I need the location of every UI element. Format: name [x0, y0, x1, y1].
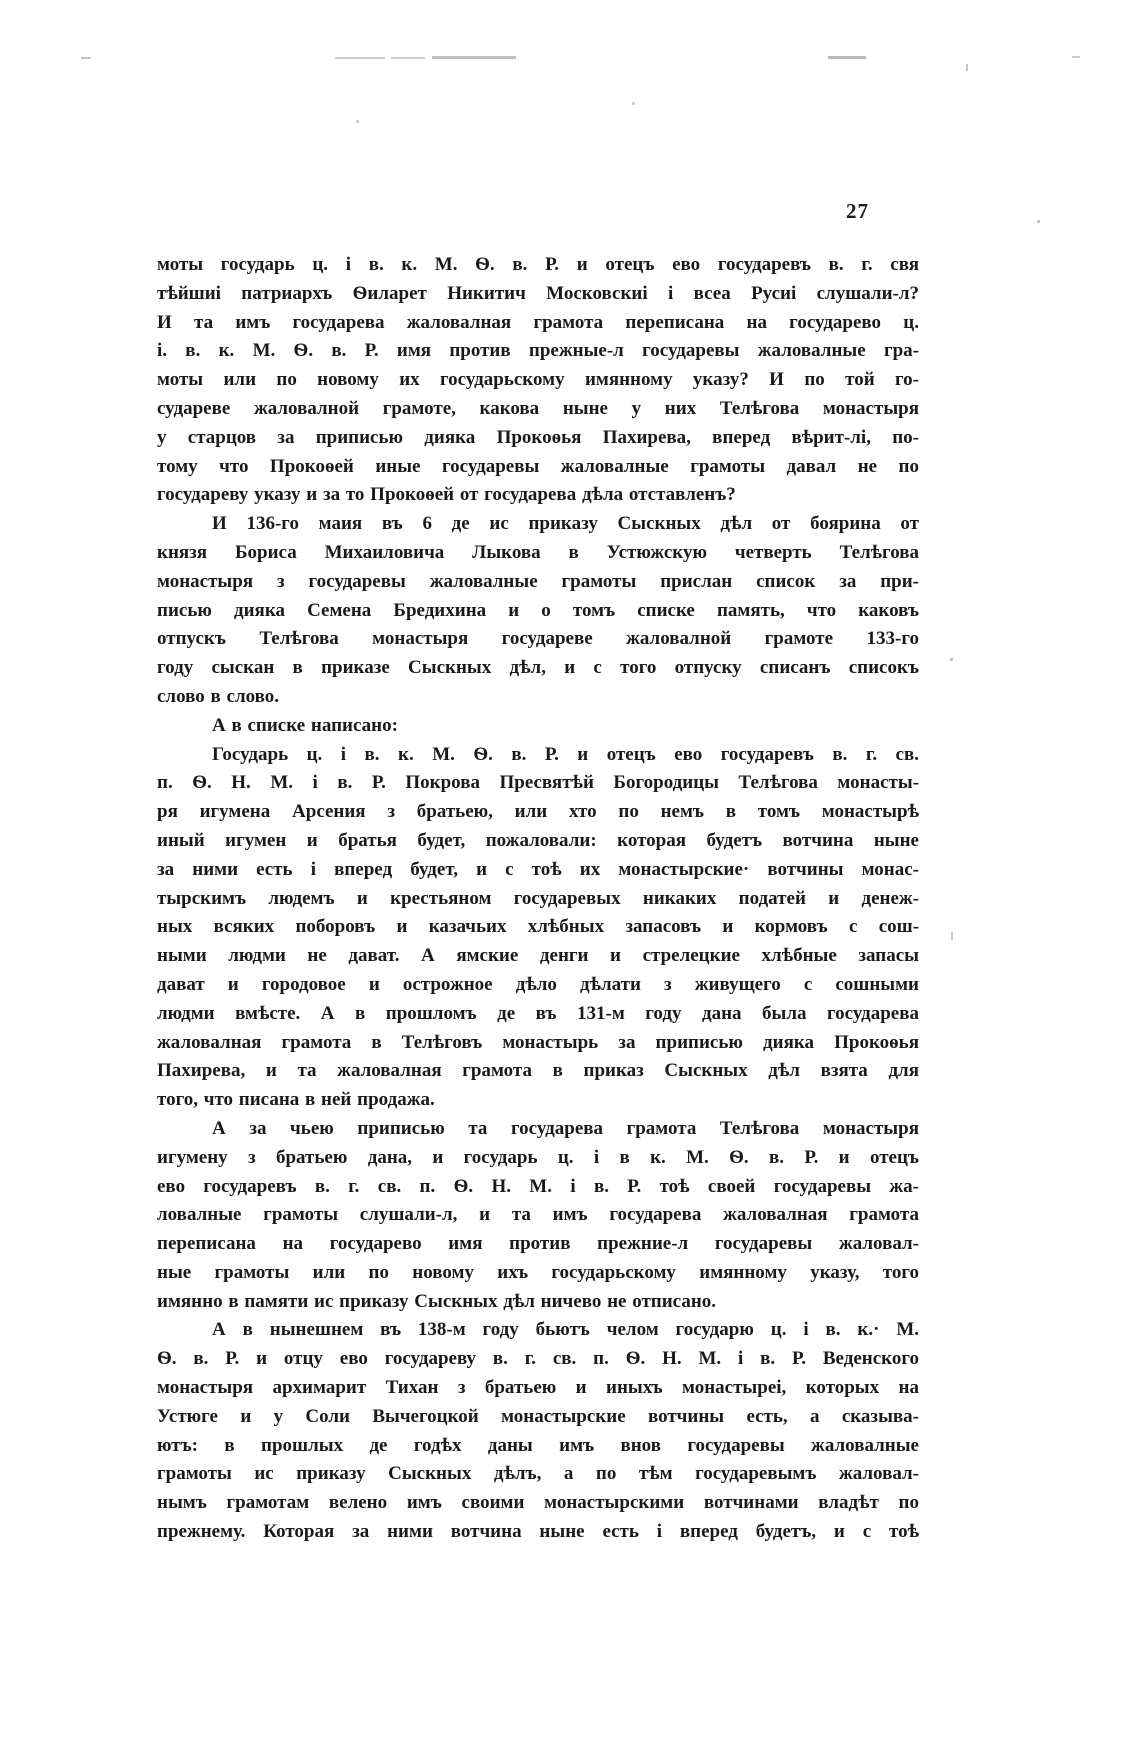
text-line: отпускъ Телѣгова монастыря государеве жа… — [157, 625, 919, 654]
scan-artifact — [632, 102, 635, 105]
text-line: Ѳ. в. Р. и отцу ево государеву в. г. св.… — [157, 1345, 919, 1374]
text-line: тѣйшиі патриархъ Ѳиларет Никитич Московс… — [157, 280, 919, 309]
text-line: п. Ѳ. Н. М. і в. Р. Покрова Пресвятѣй Бо… — [157, 769, 919, 798]
text-line: переписана на государево имя против преж… — [157, 1230, 919, 1259]
scan-artifact — [951, 932, 953, 940]
text-line: А за чьею приписью та государева грамота… — [157, 1115, 919, 1144]
scan-artifact — [1072, 56, 1080, 58]
text-line: князя Бориса Михаиловича Лыкова в Устюжс… — [157, 539, 919, 568]
text-line: грамоты ис приказу Сыскных дѣлъ, а по тѣ… — [157, 1460, 919, 1489]
text-line: А в списке написано: — [157, 712, 919, 741]
text-line: Пахирева, и та жаловалная грамота в прик… — [157, 1057, 919, 1086]
text-line: ря игумена Арсения з братьею, или хто по… — [157, 798, 919, 827]
scan-artifact — [335, 57, 385, 59]
text-line: иный игумен и братья будет, пожаловали: … — [157, 827, 919, 856]
text-line: судареве жаловалной грамоте, какова ныне… — [157, 395, 919, 424]
scan-artifact — [966, 64, 968, 71]
text-line: моты государь ц. і в. к. М. Ѳ. в. Р. и о… — [157, 251, 919, 280]
text-line: ных всяких поборовъ и казачьих хлѣбных з… — [157, 913, 919, 942]
text-line: игумену з братьею дана, и государь ц. і … — [157, 1144, 919, 1173]
text-line: прежнему. Которая за ними вотчина ныне е… — [157, 1518, 919, 1547]
text-block: моты государь ц. і в. к. М. Ѳ. в. Р. и о… — [157, 251, 919, 1547]
text-line: Устюге и у Соли Вычегоцкой монастырские … — [157, 1403, 919, 1432]
text-line: А в нынешнем въ 138-м году бьютъ челом г… — [157, 1316, 919, 1345]
text-line: имянно в памяти ис приказу Сыскных дѣл н… — [157, 1288, 919, 1317]
text-line: жаловалная грамота в Телѣговъ монастырь … — [157, 1029, 919, 1058]
text-line: году сыскан в приказе Сыскных дѣл, и с т… — [157, 654, 919, 683]
text-line: і. в. к. М. Ѳ. в. Р. имя против прежные-… — [157, 337, 919, 366]
scan-artifact — [391, 57, 425, 59]
text-line: государеву указу и за то Прокоѳей от гос… — [157, 481, 919, 510]
text-line: слово в слово. — [157, 683, 919, 712]
text-line: ными людми не дават. А ямские денги и ст… — [157, 942, 919, 971]
scan-artifact — [828, 56, 866, 59]
page-number: 27 — [846, 201, 869, 222]
text-line: ево государевъ в. г. св. п. Ѳ. Н. М. і в… — [157, 1173, 919, 1202]
scan-artifact — [81, 57, 91, 59]
scan-artifact — [356, 120, 359, 123]
scan-artifact — [950, 658, 953, 661]
text-line: писью дияка Семена Бредихина и о томъ сп… — [157, 597, 919, 626]
text-line: ные грамоты или по новому ихъ государьск… — [157, 1259, 919, 1288]
text-line: дават и городовое и острожное дѣло дѣлат… — [157, 971, 919, 1000]
text-line: Государь ц. і в. к. М. Ѳ. в. Р. и отецъ … — [157, 741, 919, 770]
text-line: тому что Прокоѳей иные государевы жалова… — [157, 453, 919, 482]
text-line: И та имъ государева жаловалная грамота п… — [157, 309, 919, 338]
scan-artifact — [432, 56, 516, 59]
text-line: того, что писана в ней продажа. — [157, 1086, 919, 1115]
text-line: нымъ грамотам велено имъ своими монастыр… — [157, 1489, 919, 1518]
text-line: ютъ: в прошлых де годѣх даны имъ внов го… — [157, 1432, 919, 1461]
text-line: у старцов за приписью дияка Прокоѳья Пах… — [157, 424, 919, 453]
text-line: ловалные грамоты слушали-л, и та имъ гос… — [157, 1201, 919, 1230]
text-line: за ними есть і вперед будет, и с тоѣ их … — [157, 856, 919, 885]
text-line: монастыря з государевы жаловалные грамот… — [157, 568, 919, 597]
text-line: монастыря архимарит Тихан з братьею и ин… — [157, 1374, 919, 1403]
scan-artifact — [1037, 220, 1040, 223]
text-line: тырскимъ людемъ и крестьяном государевых… — [157, 885, 919, 914]
book-page: 27 моты государь ц. і в. к. М. Ѳ. в. Р. … — [0, 0, 1140, 1752]
text-line: И 136-го маия въ 6 де ис приказу Сыскных… — [157, 510, 919, 539]
text-line: моты или по новому их государьскому имян… — [157, 366, 919, 395]
text-line: людми вмѣсте. А в прошломъ де въ 131-м г… — [157, 1000, 919, 1029]
